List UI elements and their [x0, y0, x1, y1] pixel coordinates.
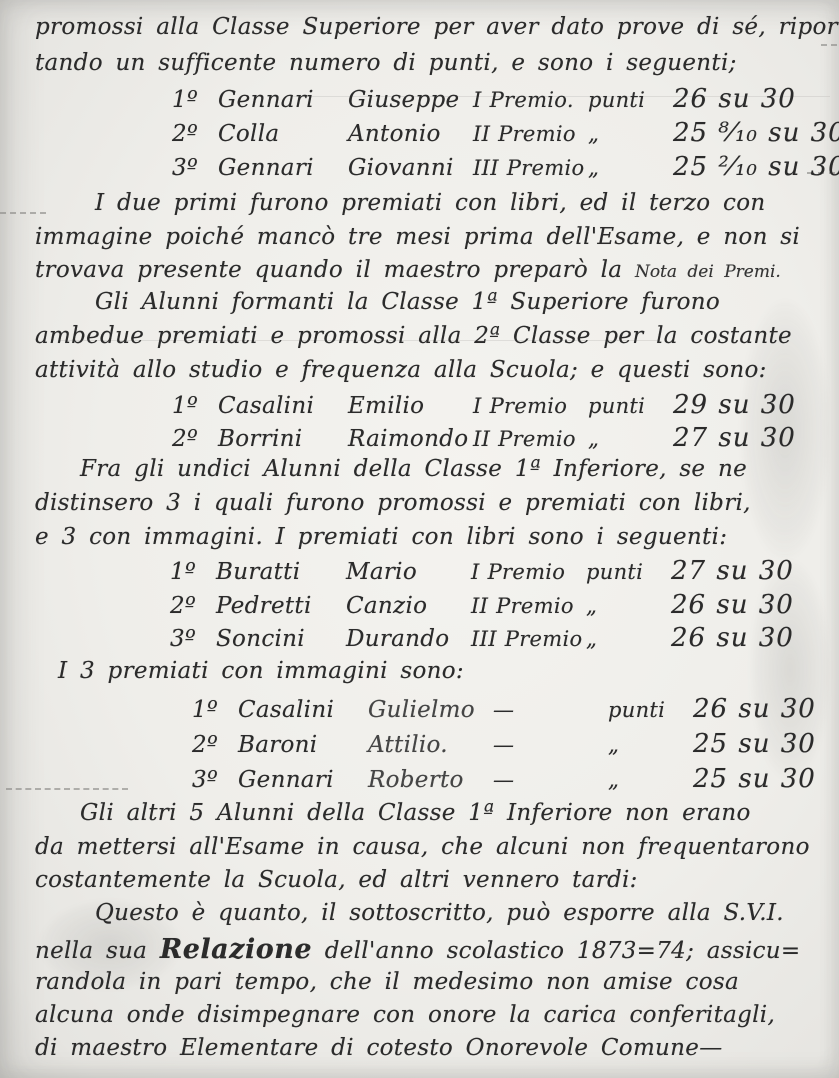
- entry-punti-label: punti: [588, 88, 673, 112]
- manuscript-line: Fra gli undici Alunni della Classe 1ª In…: [80, 456, 747, 482]
- prize-entry-row: 2º Colla Antonio II Premio „ 25 ⁸⁄₁₀ su …: [172, 118, 839, 148]
- margin-dash-artifact: [0, 212, 46, 214]
- entry-surname: Colla: [218, 121, 348, 147]
- entry-number: 2º: [170, 593, 216, 619]
- prize-entry-row: 1º Casalini Emilio I Premio punti 29 su …: [172, 390, 796, 420]
- entry-punti-label: punti: [588, 394, 673, 418]
- manuscript-line: Gli Alunni formanti la Classe 1ª Superio…: [95, 289, 720, 315]
- entry-number: 2º: [172, 426, 218, 452]
- line-text: randola in pari tempo, che il medesimo n…: [35, 969, 739, 995]
- entry-given-name: Giovanni: [348, 155, 473, 181]
- line-text: alcuna onde disimpegnare con onore la ca…: [35, 1002, 775, 1028]
- entry-prize: I Premio: [473, 394, 588, 418]
- entry-surname: Gennari: [218, 87, 348, 113]
- entry-given-name: Gulielmo: [368, 697, 493, 723]
- prize-entry-row: 1º Casalini Gulielmo — punti 26 su 30: [192, 694, 816, 724]
- manuscript-line: attività allo studio e frequenza alla Sc…: [35, 357, 767, 383]
- entry-prize: I Premio: [471, 560, 586, 584]
- manuscript-line: I due primi furono premiati con libri, e…: [95, 190, 765, 216]
- line-text: trovava presente quando il maestro prepa…: [35, 257, 635, 283]
- line-text: I 3 premiati con immagini sono:: [58, 658, 464, 684]
- prize-entry-row: 3º Gennari Giovanni III Premio „ 25 ²⁄₁₀…: [172, 152, 839, 182]
- line-text: tando un sufficente numero di punti, e s…: [35, 50, 737, 76]
- manuscript-line: randola in pari tempo, che il medesimo n…: [35, 969, 739, 995]
- prize-entry-row: 1º Buratti Mario I Premio punti 27 su 30: [170, 556, 794, 586]
- entry-prize: III Premio: [471, 627, 586, 651]
- line-text: Questo è quanto, il sottoscritto, può es…: [95, 900, 784, 926]
- manuscript-line: da mettersi all'Esame in causa, che alcu…: [35, 834, 810, 860]
- entry-punti-label: punti: [608, 698, 693, 722]
- margin-dash-artifact: [6, 788, 128, 790]
- entry-prize: —: [493, 698, 608, 722]
- entry-surname: Casalini: [238, 697, 368, 723]
- manuscript-line: promossi alla Classe Superiore per aver …: [35, 14, 839, 40]
- entry-given-name: Durando: [346, 626, 471, 652]
- manuscript-line: Questo è quanto, il sottoscritto, può es…: [95, 900, 784, 926]
- entry-surname: Buratti: [216, 559, 346, 585]
- entry-surname: Borrini: [218, 426, 348, 452]
- line-text: e 3 con immagini. I premiati con libri s…: [35, 524, 727, 550]
- entry-surname: Gennari: [218, 155, 348, 181]
- manuscript-line: distinsero 3 i quali furono promossi e p…: [35, 490, 751, 516]
- entry-given-name: Giuseppe: [348, 87, 473, 113]
- entry-punti-label: punti: [586, 560, 671, 584]
- line-text: Gli altri 5 Alunni della Classe 1ª Infer…: [80, 800, 751, 826]
- entry-number: 1º: [172, 393, 218, 419]
- entry-score: 26 su 30: [671, 590, 794, 620]
- line-text: attività allo studio e frequenza alla Sc…: [35, 357, 767, 383]
- entry-given-name: Canzio: [346, 593, 471, 619]
- manuscript-line: di maestro Elementare di cotesto Onorevo…: [35, 1035, 723, 1061]
- entry-number: 1º: [172, 87, 218, 113]
- entry-prize: II Premio: [471, 594, 586, 618]
- entry-score: 25 su 30: [693, 764, 816, 794]
- line-text: ambedue premiati e promossi alla 2ª Clas…: [35, 323, 792, 349]
- entry-punti-label: „: [588, 427, 673, 451]
- line-text: immagine poiché mancò tre mesi prima del…: [35, 224, 800, 250]
- line-text: da mettersi all'Esame in causa, che alcu…: [35, 834, 810, 860]
- line-text: distinsero 3 i quali furono promossi e p…: [35, 490, 751, 516]
- prize-entry-row: 2º Pedretti Canzio II Premio „ 26 su 30: [170, 590, 794, 620]
- entry-prize: I Premio.: [473, 88, 588, 112]
- prize-entry-row: 2º Borrini Raimondo II Premio „ 27 su 30: [172, 423, 796, 453]
- prize-entry-row: 3º Soncini Durando III Premio „ 26 su 30: [170, 623, 794, 653]
- entry-prize: III Premio: [473, 156, 588, 180]
- entry-given-name: Raimondo: [348, 426, 473, 452]
- prize-entry-row: 1º Gennari Giuseppe I Premio. punti 26 s…: [172, 84, 796, 114]
- entry-score: 29 su 30: [673, 390, 796, 420]
- line-text: promossi alla Classe Superiore per aver …: [35, 14, 839, 40]
- entry-number: 3º: [172, 155, 218, 181]
- entry-number: 3º: [192, 767, 238, 793]
- entry-given-name: Attilio.: [368, 732, 493, 758]
- entry-prize: II Premio: [473, 122, 588, 146]
- entry-score: 27 su 30: [673, 423, 796, 453]
- entry-score: 26 su 30: [671, 623, 794, 653]
- manuscript-line: e 3 con immagini. I premiati con libri s…: [35, 524, 727, 550]
- entry-given-name: Roberto: [368, 767, 493, 793]
- margin-dash-artifact: [821, 44, 837, 46]
- entry-given-name: Emilio: [348, 393, 473, 419]
- entry-surname: Baroni: [238, 732, 368, 758]
- line-text: costantemente la Scuola, ed altri venner…: [35, 867, 638, 893]
- prize-entry-row: 2º Baroni Attilio. — „ 25 su 30: [192, 729, 816, 759]
- entry-prize: —: [493, 733, 608, 757]
- prize-entry-row: 3º Gennari Roberto — „ 25 su 30: [192, 764, 816, 794]
- entry-number: 3º: [170, 626, 216, 652]
- manuscript-line: tando un sufficente numero di punti, e s…: [35, 50, 737, 76]
- entry-punti-label: „: [608, 768, 693, 792]
- manuscript-line: immagine poiché mancò tre mesi prima del…: [35, 224, 800, 250]
- manuscript-line: ambedue premiati e promossi alla 2ª Clas…: [35, 323, 792, 349]
- entry-punti-label: „: [586, 627, 671, 651]
- entry-score: 26 su 30: [693, 694, 816, 724]
- relazione-emphasis: Relazione: [160, 934, 312, 965]
- entry-surname: Soncini: [216, 626, 346, 652]
- line-text: Fra gli undici Alunni della Classe 1ª In…: [80, 456, 747, 482]
- entry-punti-label: „: [586, 594, 671, 618]
- entry-surname: Pedretti: [216, 593, 346, 619]
- entry-score: 26 su 30: [673, 84, 796, 114]
- manuscript-line: Gli altri 5 Alunni della Classe 1ª Infer…: [80, 800, 751, 826]
- entry-punti-label: „: [588, 156, 673, 180]
- manuscript-line: I 3 premiati con immagini sono:: [58, 658, 464, 684]
- line-text: di maestro Elementare di cotesto Onorevo…: [35, 1035, 723, 1061]
- entry-number: 2º: [192, 732, 238, 758]
- manuscript-line: alcuna onde disimpegnare con onore la ca…: [35, 1002, 775, 1028]
- entry-prize: —: [493, 768, 608, 792]
- entry-score: 25 su 30: [693, 729, 816, 759]
- entry-given-name: Mario: [346, 559, 471, 585]
- manuscript-page: promossi alla Classe Superiore per aver …: [0, 0, 839, 1078]
- line-text: dell'anno scolastico 1873=74; assicu=: [312, 938, 800, 964]
- line-text: nella sua: [35, 938, 160, 964]
- entry-surname: Casalini: [218, 393, 348, 419]
- entry-punti-label: „: [608, 733, 693, 757]
- manuscript-line: costantemente la Scuola, ed altri venner…: [35, 867, 638, 893]
- line-text: Gli Alunni formanti la Classe 1ª Superio…: [95, 289, 720, 315]
- entry-score: 25 ⁸⁄₁₀ su 30: [673, 118, 839, 148]
- manuscript-line: trovava presente quando il maestro prepa…: [35, 257, 781, 283]
- entry-prize: II Premio: [473, 427, 588, 451]
- entry-punti-label: „: [588, 122, 673, 146]
- entry-number: 1º: [170, 559, 216, 585]
- entry-score: 25 ²⁄₁₀ su 30: [673, 152, 839, 182]
- entry-surname: Gennari: [238, 767, 368, 793]
- entry-given-name: Antonio: [348, 121, 473, 147]
- entry-number: 1º: [192, 697, 238, 723]
- entry-score: 27 su 30: [671, 556, 794, 586]
- manuscript-line: nella sua Relazione dell'anno scolastico…: [35, 934, 800, 965]
- line-text: I due primi furono premiati con libri, e…: [95, 190, 765, 216]
- entry-number: 2º: [172, 121, 218, 147]
- nota-dei-premi-text: Nota dei Premi.: [635, 262, 781, 282]
